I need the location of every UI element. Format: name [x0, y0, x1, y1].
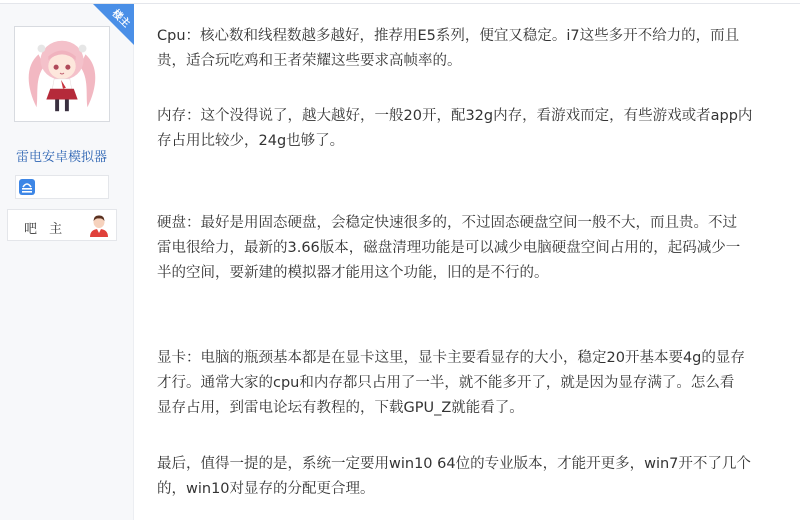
level-badge-box[interactable] [15, 175, 109, 199]
post-line: 贵，适合玩吃鸡和王者荣耀这些要求高帧率的。 [157, 49, 787, 74]
user-avatar-icon [88, 214, 110, 238]
post-line: 半的空间，要新建的模拟器才能用这个功能，旧的是不行的。 [157, 261, 787, 286]
post-line: 存占用比较少，24g也够了。 [157, 129, 787, 154]
level-badge-icon [19, 179, 35, 195]
post-paragraph-memory: 内存：这个没得说了，越大越好，一般20开，配32g内存，看游戏而定，有些游戏或者… [157, 104, 787, 154]
post-line: 最后，值得一提的是，系统一定要用win10 64位的专业版本，才能开更多，win… [157, 452, 787, 477]
post-paragraph-cpu: Cpu：核心数和线程数越多越好，推荐用E5系列，便宜又稳定。i7这些多开不给力的… [157, 24, 787, 74]
author-username-link[interactable]: 雷电安卓模拟器 [16, 146, 107, 165]
post-line: 显卡：电脑的瓶颈基本都是在显卡这里，显卡主要看显存的大小，稳定20开基本要4g的… [157, 346, 787, 371]
anime-girl-avatar-icon [15, 27, 109, 121]
post-line: 内存：这个没得说了，越大越好，一般20开，配32g内存，看游戏而定，有些游戏或者… [157, 104, 787, 129]
post-line: 显存占用，到雷电论坛有教程的，下载GPU_Z就能看了。 [157, 396, 787, 421]
role-label: 吧 主 [24, 218, 66, 237]
author-avatar[interactable] [14, 26, 110, 122]
post-line: 硬盘：最好是用固态硬盘，会稳定快速很多的，不过固态硬盘空间一般不大，而且贵。不过 [157, 211, 787, 236]
post-paragraph-os: 最后，值得一提的是，系统一定要用win10 64位的专业版本，才能开更多，win… [157, 452, 787, 502]
post-paragraph-gpu: 显卡：电脑的瓶颈基本都是在显卡这里，显卡主要看显存的大小，稳定20开基本要4g的… [157, 346, 787, 421]
post-line: Cpu：核心数和线程数越多越好，推荐用E5系列，便宜又稳定。i7这些多开不给力的… [157, 24, 787, 49]
post-line: 雷电很给力，最新的3.66版本，磁盘清理功能是可以减少电脑硬盘空间占用的，起码减… [157, 236, 787, 261]
role-badge: 吧 主 [7, 209, 117, 241]
post-line: 才行。通常大家的cpu和内存都只占用了一半，就不能多开了，就是因为显存满了。怎么… [157, 371, 787, 396]
post-line: 的，win10对显存的分配更合理。 [157, 477, 787, 502]
post-paragraph-disk: 硬盘：最好是用固态硬盘，会稳定快速很多的，不过固态硬盘空间一般不大，而且贵。不过… [157, 211, 787, 286]
